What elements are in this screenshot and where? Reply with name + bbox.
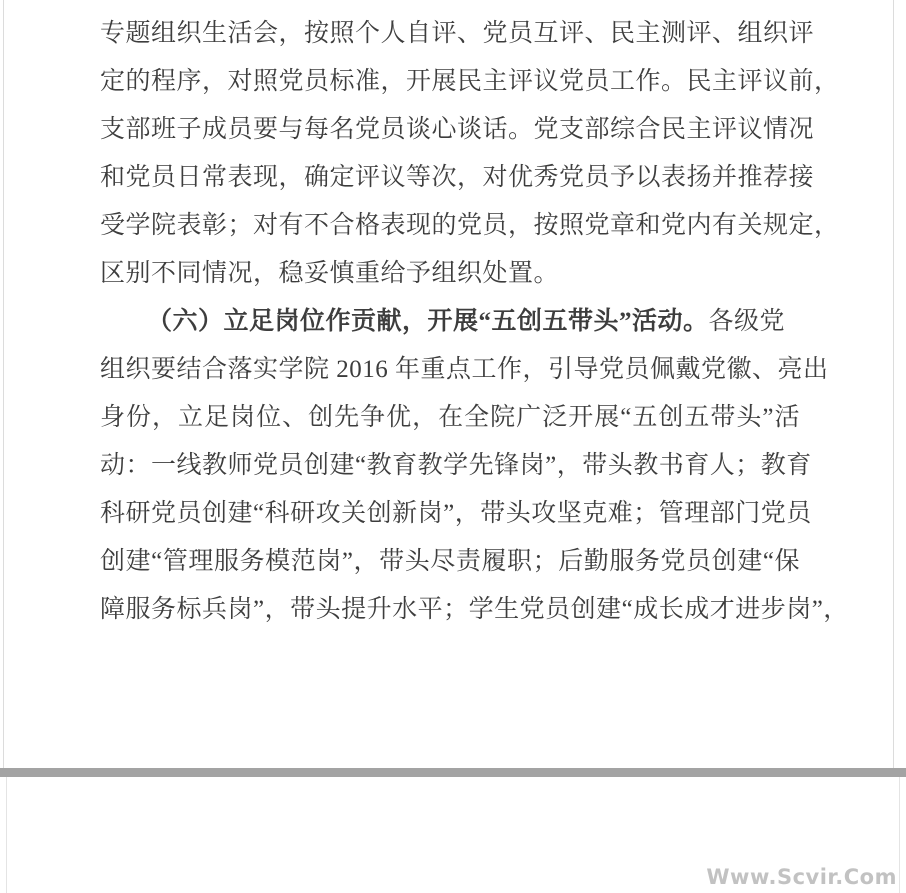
text-line: 身份，立足岗位、创先争优，在全院广泛开展“五创五带头”活	[100, 394, 800, 442]
text-line: 动：一线教师党员创建“教育教学先锋岗”，带头教书育人；教育	[100, 442, 800, 490]
page-divider-bar	[0, 768, 906, 777]
text-line: 定的程序，对照党员标准，开展民主评议党员工作。民主评议前，	[100, 58, 800, 106]
section-heading-tail: 各级党	[709, 308, 786, 335]
page-edge-right-bottom	[899, 777, 900, 893]
text-line: 科研党员创建“科研攻关创新岗”，带头攻坚克难；管理部门党员	[100, 490, 800, 538]
scanned-document-view: 专题组织生活会，按照个人自评、党员互评、民主测评、组织评 定的程序，对照党员标准…	[0, 0, 906, 893]
section-heading-line: （六）立足岗位作贡献，开展“五创五带头”活动。各级党	[100, 298, 800, 346]
scanned-page-bottom: Www.Scvir.Com	[0, 777, 906, 893]
text-line: 专题组织生活会，按照个人自评、党员互评、民主测评、组织评	[100, 10, 800, 58]
text-line: 组织要结合落实学院 2016 年重点工作，引导党员佩戴党徽、亮出	[100, 346, 800, 394]
page-edge-left	[3, 0, 4, 768]
page-edge-left-bottom	[6, 777, 7, 893]
text-line: 创建“管理服务模范岗”，带头尽责履职；后勤服务党员创建“保	[100, 538, 800, 586]
section-heading-bold: （六）立足岗位作贡献，开展“五创五带头”活动。	[147, 308, 709, 335]
text-line: 障服务标兵岗”，带头提升水平；学生党员创建“成长成才进步岗”，	[100, 586, 800, 634]
scanned-page-top: 专题组织生活会，按照个人自评、党员互评、民主测评、组织评 定的程序，对照党员标准…	[0, 0, 906, 768]
text-line: 支部班子成员要与每名党员谈心谈话。党支部综合民主评议情况	[100, 106, 800, 154]
text-line: 受学院表彰；对有不合格表现的党员，按照党章和党内有关规定，	[100, 202, 800, 250]
text-line: 和党员日常表现，确定评议等次，对优秀党员予以表扬并推荐接	[100, 154, 800, 202]
document-text-block: 专题组织生活会，按照个人自评、党员互评、民主测评、组织评 定的程序，对照党员标准…	[100, 10, 800, 634]
watermark-text: Www.Scvir.Com	[706, 865, 897, 889]
page-edge-right	[893, 0, 894, 768]
text-line-paragraph-end: 区别不同情况，稳妥慎重给予组织处置。	[100, 250, 800, 298]
